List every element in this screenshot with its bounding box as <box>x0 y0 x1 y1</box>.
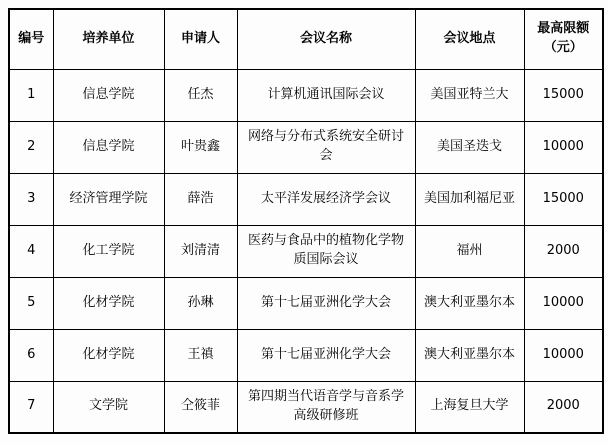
cell-unit: 信息学院 <box>53 69 164 121</box>
cell-applicant: 叶贵鑫 <box>164 121 237 173</box>
header-row: 编号 培养单位 申请人 会议名称 会议地点 最高限额 （元） <box>9 9 603 69</box>
cell-conference-name: 计算机通讯国际会议 <box>237 69 415 121</box>
cell-applicant: 王禛 <box>164 329 237 381</box>
column-header-location: 会议地点 <box>415 9 524 69</box>
column-header-conference-name: 会议名称 <box>237 9 415 69</box>
column-header-applicant: 申请人 <box>164 9 237 69</box>
cell-number: 7 <box>9 381 53 433</box>
table-row: 5 化材学院 孙琳 第十七届亚洲化学大会 澳大利亚墨尔本 10000 <box>9 277 603 329</box>
conference-funding-table: 编号 培养单位 申请人 会议名称 会议地点 最高限额 （元） 1 信息学院 任杰… <box>8 8 604 434</box>
cell-location: 澳大利亚墨尔本 <box>415 277 524 329</box>
cell-applicant: 薛浩 <box>164 173 237 225</box>
cell-conference-name: 医药与食品中的植物化学物质国际会议 <box>237 225 415 277</box>
column-header-max-amount: 最高限额 （元） <box>524 9 603 69</box>
cell-location: 澳大利亚墨尔本 <box>415 329 524 381</box>
cell-applicant: 仝筱菲 <box>164 381 237 433</box>
cell-max-amount: 10000 <box>524 329 603 381</box>
column-header-number: 编号 <box>9 9 53 69</box>
table-row: 7 文学院 仝筱菲 第四期当代语音学与音系学高级研修班 上海复旦大学 2000 <box>9 381 603 433</box>
cell-applicant: 孙琳 <box>164 277 237 329</box>
cell-conference-name: 太平洋发展经济学会议 <box>237 173 415 225</box>
cell-max-amount: 2000 <box>524 225 603 277</box>
cell-applicant: 任杰 <box>164 69 237 121</box>
table-row: 2 信息学院 叶贵鑫 网络与分布式系统安全研讨会 美国圣迭戈 10000 <box>9 121 603 173</box>
cell-max-amount: 10000 <box>524 277 603 329</box>
cell-unit: 化工学院 <box>53 225 164 277</box>
cell-conference-name: 第十七届亚洲化学大会 <box>237 329 415 381</box>
cell-number: 2 <box>9 121 53 173</box>
cell-conference-name: 第四期当代语音学与音系学高级研修班 <box>237 381 415 433</box>
cell-location: 福州 <box>415 225 524 277</box>
cell-conference-name: 网络与分布式系统安全研讨会 <box>237 121 415 173</box>
cell-unit: 化材学院 <box>53 277 164 329</box>
cell-number: 4 <box>9 225 53 277</box>
column-header-unit: 培养单位 <box>53 9 164 69</box>
cell-unit: 经济管理学院 <box>53 173 164 225</box>
cell-number: 5 <box>9 277 53 329</box>
cell-conference-name: 第十七届亚洲化学大会 <box>237 277 415 329</box>
cell-applicant: 刘清清 <box>164 225 237 277</box>
table-row: 6 化材学院 王禛 第十七届亚洲化学大会 澳大利亚墨尔本 10000 <box>9 329 603 381</box>
cell-unit: 文学院 <box>53 381 164 433</box>
table-row: 3 经济管理学院 薛浩 太平洋发展经济学会议 美国加利福尼亚 15000 <box>9 173 603 225</box>
cell-max-amount: 10000 <box>524 121 603 173</box>
cell-number: 1 <box>9 69 53 121</box>
cell-unit: 化材学院 <box>53 329 164 381</box>
cell-number: 3 <box>9 173 53 225</box>
cell-max-amount: 15000 <box>524 69 603 121</box>
cell-max-amount: 2000 <box>524 381 603 433</box>
cell-number: 6 <box>9 329 53 381</box>
cell-unit: 信息学院 <box>53 121 164 173</box>
cell-location: 上海复旦大学 <box>415 381 524 433</box>
cell-max-amount: 15000 <box>524 173 603 225</box>
table-row: 1 信息学院 任杰 计算机通讯国际会议 美国亚特兰大 15000 <box>9 69 603 121</box>
cell-location: 美国圣迭戈 <box>415 121 524 173</box>
cell-location: 美国加利福尼亚 <box>415 173 524 225</box>
cell-location: 美国亚特兰大 <box>415 69 524 121</box>
table-row: 4 化工学院 刘清清 医药与食品中的植物化学物质国际会议 福州 2000 <box>9 225 603 277</box>
